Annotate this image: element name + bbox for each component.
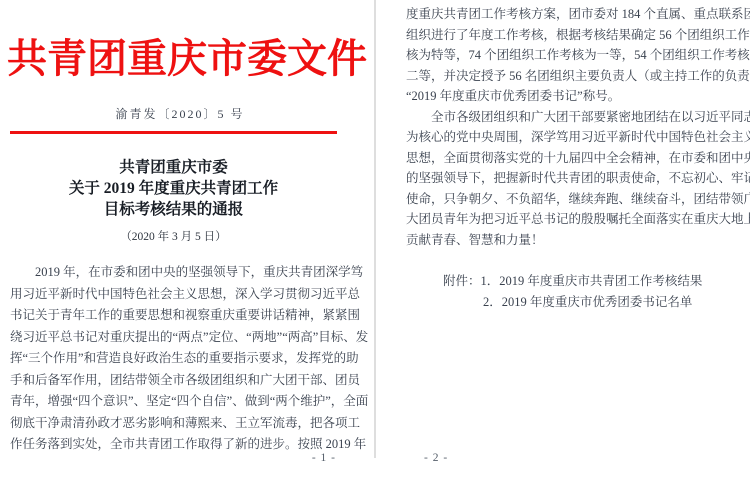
document-date: （2020 年 3 月 5 日） [0,228,347,244]
body-text-line: 大团员青年为把习近平总书记的殷殷嘱托全面落实在重庆大地上 [406,209,740,230]
letterhead-title: 共青团重庆市委文件 [0,36,374,82]
page-1-number: - 1 - [312,452,336,464]
red-separator-line [10,131,337,134]
page-2-body-text: 度重庆共青团工作考核方案，团市委对 184 个直属、重点联系团组织进行了年度工作… [406,4,740,250]
body-text-line: 思想，全面贯彻落实党的十九届四中全会精神，在市委和团中央 [406,148,740,169]
page-2-number: - 2 - [424,452,448,464]
body-text-line: 手和后备军作用，团结带领全市各级团组织和广大团干部、团员 [10,370,344,392]
body-text-line: 2019 年，在市委和团中央的坚强领导下，重庆共青团深学笃 [10,262,344,284]
body-text-line: 贡献青春、智慧和力量！ [406,230,740,251]
body-text-line: 的坚强领导下，把握新时代共青团的职责使命，不忘初心、牢记 [406,168,740,189]
body-text-line: 绕习近平总书记对重庆提出的“两点”定位、“两地”“两高”目标、发 [10,327,344,349]
document-scan: 共青团重庆市委文件 渝青发〔2020〕5 号 共青团重庆市委关于 2019 年度… [0,0,750,479]
body-text-line: 核为特等，74 个团组织工作考核为一等，54 个团组织工作考核为 [406,45,740,66]
body-text-line: “2019 年度重庆市优秀团委书记”称号。 [406,86,740,107]
body-text-line: 为核心的党中央周围，深学笃用习近平新时代中国特色社会主义 [406,127,740,148]
body-text-line: 彻底干净肃清孙政才恶劣影响和薄熙来、王立军流毒，把各项工 [10,413,344,435]
body-text-line: 用习近平新时代中国特色社会主义思想，深入学习贯彻习近平总 [10,284,344,306]
body-text-line: 挥“三个作用”和营造良好政治生态的重要指示要求，发挥党的助 [10,348,344,370]
body-text-line: 二等，并决定授予 56 名团组织主要负责人（或主持工作的负责人） [406,66,740,87]
attachment-item-1: 附件：1．2019 年度重庆市共青团工作考核结果 [443,271,702,292]
document-title-line: 关于 2019 年度重庆共青团工作 [0,178,347,199]
document-title: 共青团重庆市委关于 2019 年度重庆共青团工作目标考核结果的通报 [0,157,347,220]
document-title-line: 共青团重庆市委 [0,157,347,178]
attachment-list: 附件：1．2019 年度重庆市共青团工作考核结果 2．2019 年度重庆市优秀团… [406,271,702,312]
body-text-line: 使命，只争朝夕、不负韶华，继续奔跑、继续奋斗，团结带领广 [406,189,740,210]
document-number: 渝青发〔2020〕5 号 [0,105,360,122]
page-1: 共青团重庆市委文件 渝青发〔2020〕5 号 共青团重庆市委关于 2019 年度… [0,0,374,479]
body-text-line: 组织进行了年度工作考核，根据考核结果确定 56 个团组织工作考 [406,25,740,46]
body-text-line: 度重庆共青团工作考核方案，团市委对 184 个直属、重点联系团 [406,4,740,25]
body-text-line: 作任务落到实处，全市共青团工作取得了新的进步。按照 2019 年 [10,434,344,456]
body-text-line: 全市各级团组织和广大团干部要紧密地团结在以习近平同志 [406,107,740,128]
page-1-body-text: 2019 年，在市委和团中央的坚强领导下，重庆共青团深学笃用习近平新时代中国特色… [10,262,344,456]
body-text-line: 青年，增强“四个意识”、坚定“四个自信”、做到“两个维护”，全面 [10,391,344,413]
body-text-line: 书记关于青年工作的重要思想和视察重庆重要讲话精神，紧紧围 [10,305,344,327]
page-2: 度重庆共青团工作考核方案，团市委对 184 个直属、重点联系团组织进行了年度工作… [376,0,750,479]
document-title-line: 目标考核结果的通报 [0,199,347,220]
attachment-item-2: 2．2019 年度重庆市优秀团委书记名单 [483,292,702,313]
